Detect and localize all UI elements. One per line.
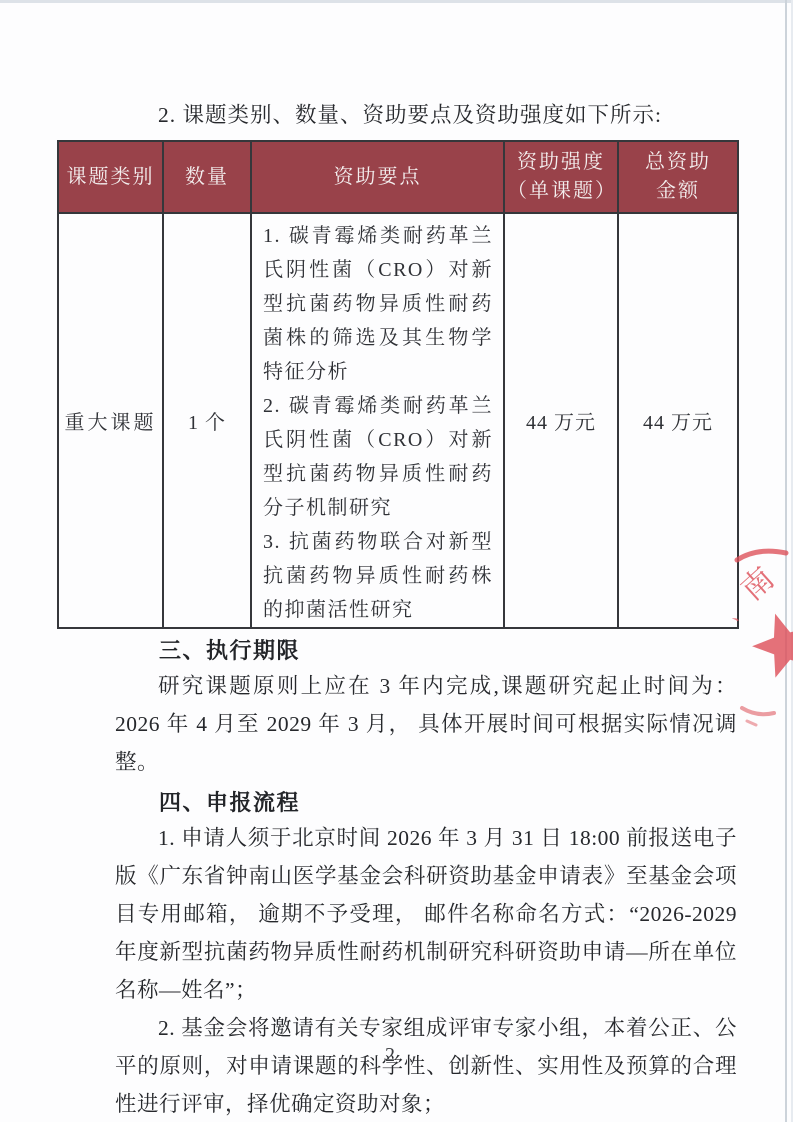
- table-header-row: 课题类别 数量 资助要点 资助强度 （单课题） 总资助 金额: [58, 141, 738, 213]
- header-line: 数量: [166, 163, 248, 192]
- section-heading-application-process: 四、申报流程: [115, 787, 737, 819]
- cell-quantity: 1 个: [163, 213, 251, 628]
- header-cell-strength: 资助强度 （单课题）: [504, 141, 618, 213]
- header-cell-points: 资助要点: [251, 141, 504, 213]
- cell-category: 重大课题: [58, 213, 163, 628]
- scan-edge-top: [0, 0, 793, 3]
- header-line: 资助强度: [507, 148, 615, 177]
- header-line: 课题类别: [61, 163, 160, 192]
- official-seal-stamp: 南 、: [733, 538, 793, 750]
- cell-points: 1. 碳青霉烯类耐药革兰氏阴性菌（CRO）对新型抗菌药物异质性耐药菌株的筛选及其…: [251, 213, 504, 628]
- header-cell-quantity: 数量: [163, 141, 251, 213]
- page-number: 2: [0, 1044, 780, 1067]
- header-cell-total: 总资助 金额: [618, 141, 738, 213]
- table-row: 重大课题 1 个 1. 碳青霉烯类耐药革兰氏阴性菌（CRO）对新型抗菌药物异质性…: [58, 213, 738, 628]
- document-content: 2. 课题类别、数量、资助要点及资助强度如下所示: 课题类别 数量 资助要点: [115, 100, 737, 1122]
- seal-arc-top: [737, 551, 786, 560]
- point-item-3: 3. 抗菌药物联合对新型抗菌药物异质性耐药株的抑菌活性研究: [263, 525, 493, 627]
- header-line: 总资助: [621, 148, 735, 177]
- section-heading-execution-period: 三、执行期限: [115, 635, 737, 667]
- cell-strength: 44 万元: [504, 213, 618, 628]
- header-line: 资助要点: [254, 163, 501, 192]
- paragraph-execution-period: 研究课题原则上应在 3 年内完成,课题研究起止时间为：2026 年 4 月至 2…: [115, 667, 737, 781]
- document-page: 2. 课题类别、数量、资助要点及资助强度如下所示: 课题类别 数量 资助要点: [0, 0, 793, 1122]
- header-line: 金额: [621, 177, 735, 206]
- point-item-2: 2. 碳青霉烯类耐药革兰氏阴性菌（CRO）对新型抗菌药物异质性耐药分子机制研究: [263, 389, 493, 525]
- paragraph-application-step-1: 1. 申请人须于北京时间 2026 年 3 月 31 日 18:00 前报送电子…: [115, 819, 737, 1009]
- header-cell-category: 课题类别: [58, 141, 163, 213]
- intro-line: 2. 课题类别、数量、资助要点及资助强度如下所示:: [115, 100, 737, 130]
- funding-table: 课题类别 数量 资助要点 资助强度 （单课题） 总资助 金额: [57, 140, 739, 629]
- seal-arc-bottom: [742, 708, 774, 714]
- header-line: （单课题）: [507, 177, 615, 206]
- point-item-1: 1. 碳青霉烯类耐药革兰氏阴性菌（CRO）对新型抗菌药物异质性耐药菌株的筛选及其…: [263, 219, 493, 389]
- cell-total: 44 万元: [618, 213, 738, 628]
